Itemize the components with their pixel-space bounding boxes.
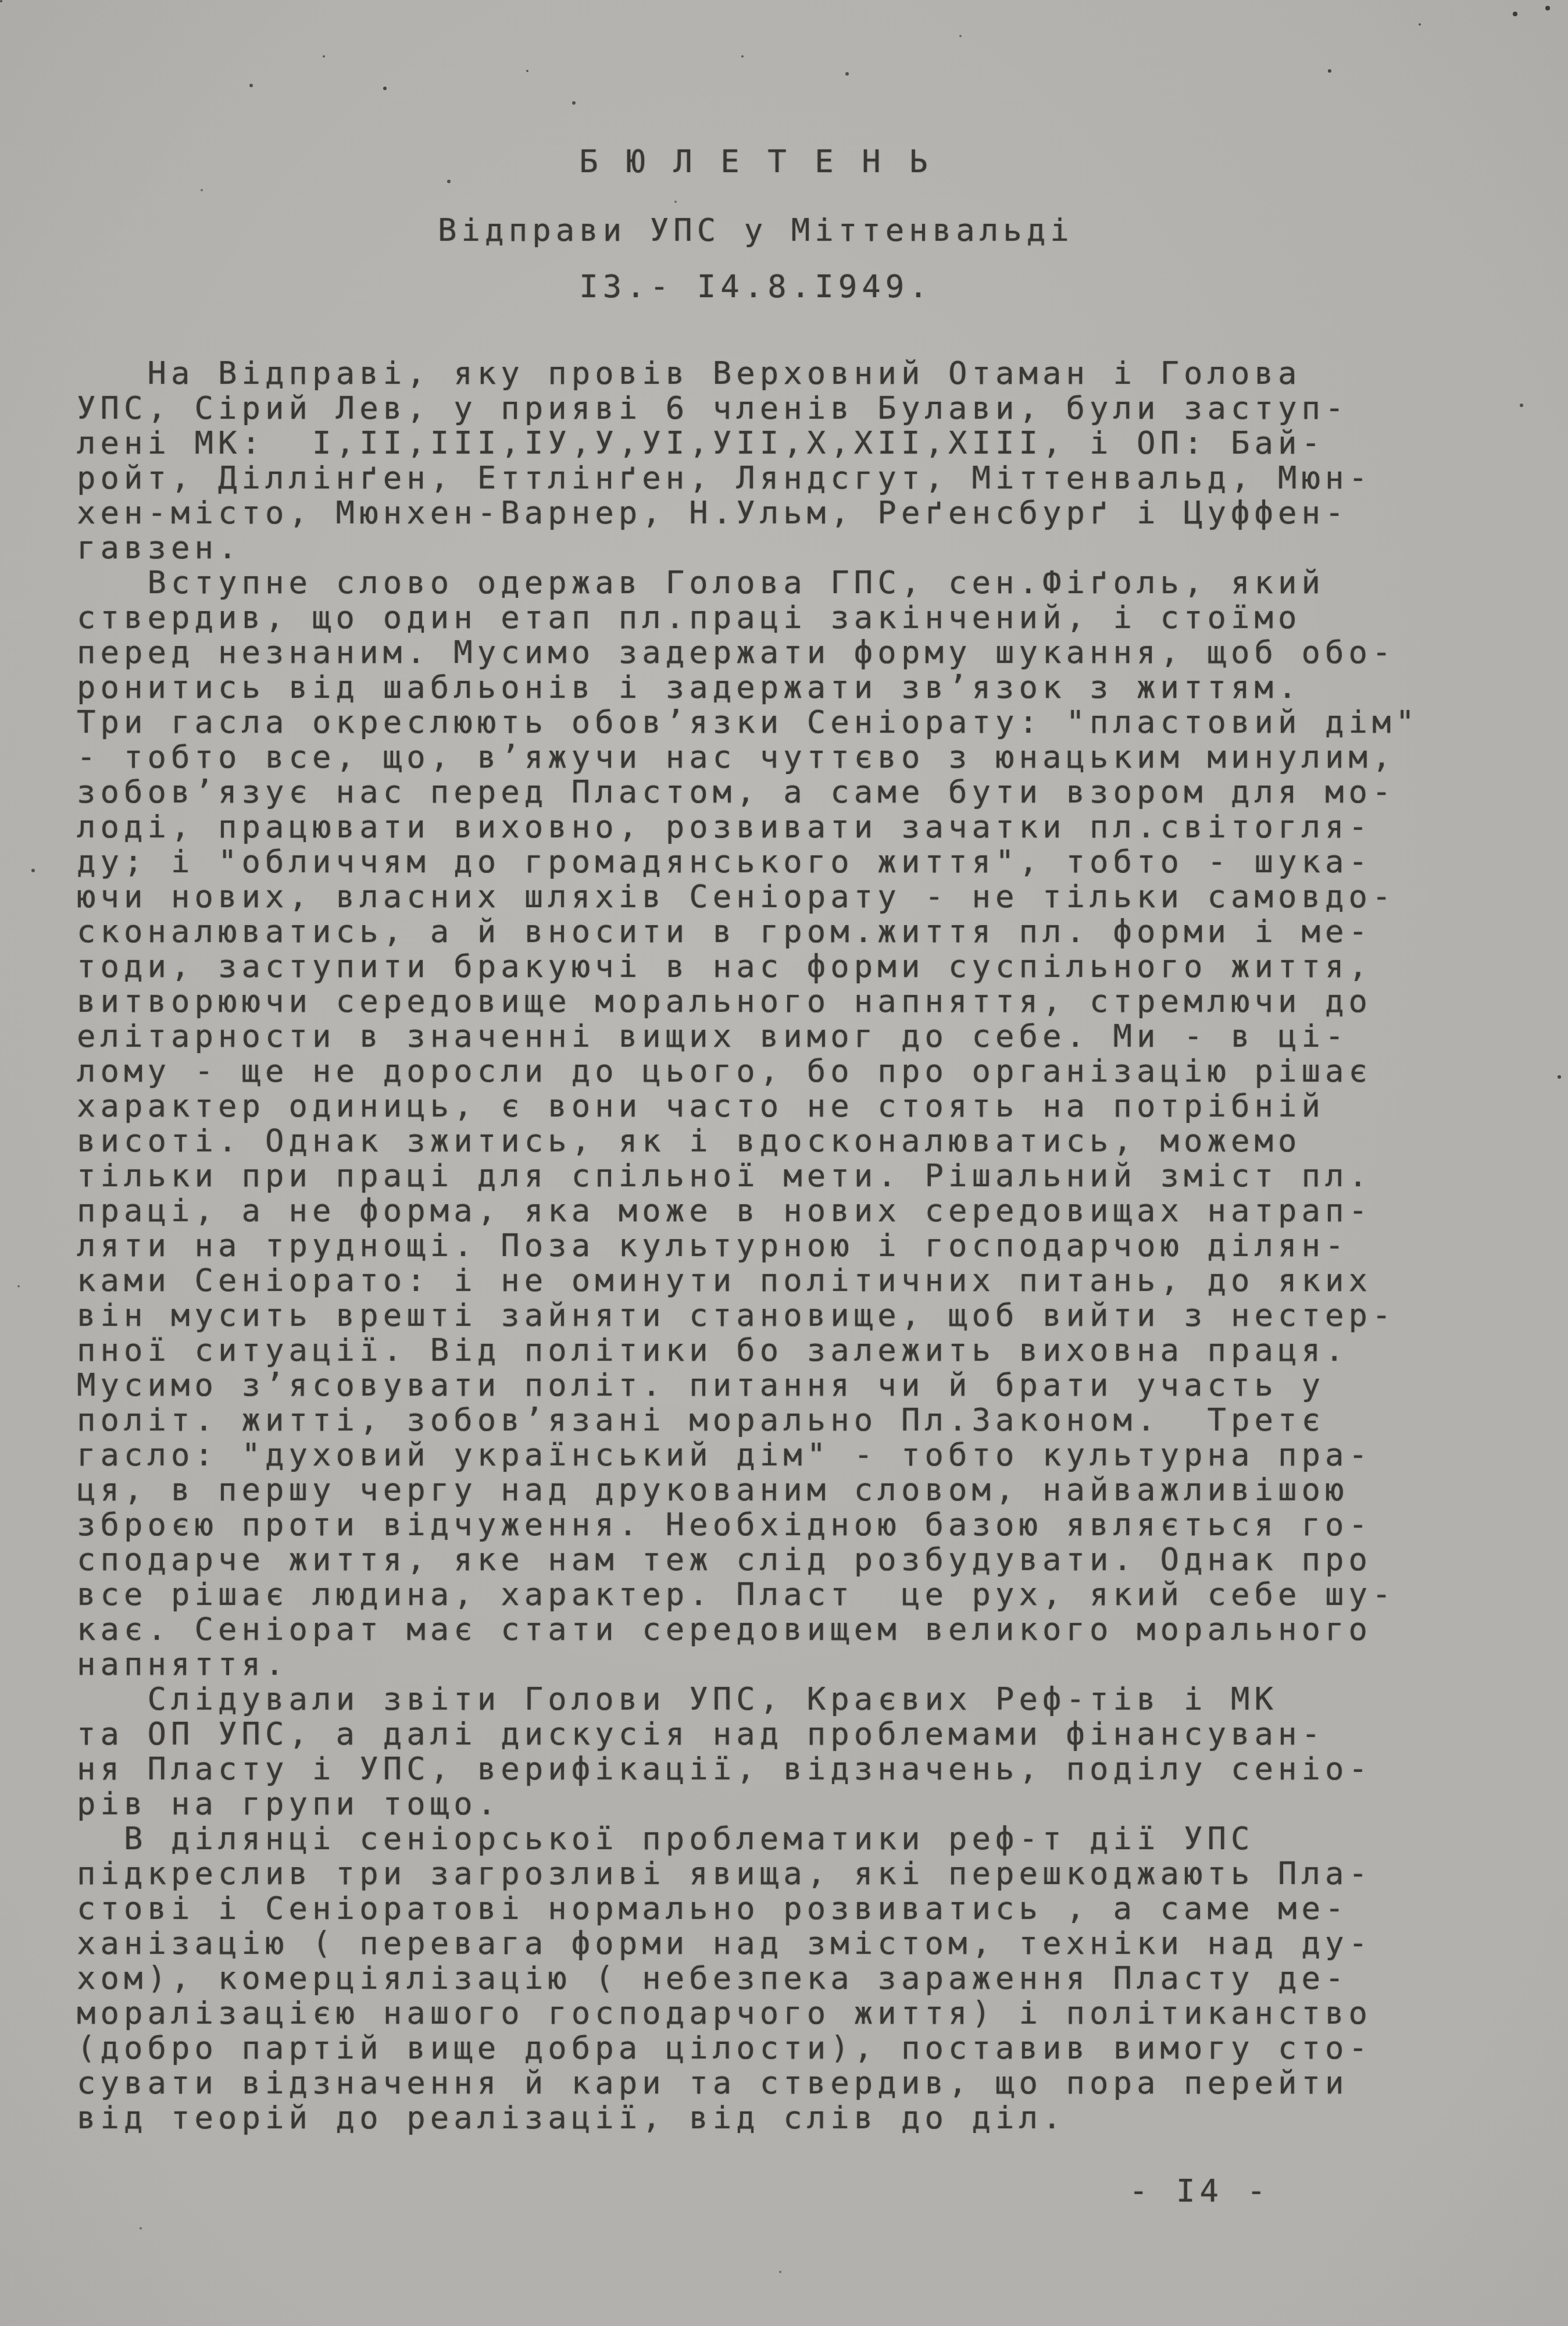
body-paragraph-3: Слідували звіти Голови УПС, Краєвих Реф-… xyxy=(77,1682,1513,1821)
scanned-bulletin-page: Б Ю Л Е Т Е Н Ь Відправи УПС у Міттенвал… xyxy=(0,0,1568,2326)
body-paragraph-2: Вступне слово одержав Голова ГПС, сен.Фі… xyxy=(77,565,1513,1682)
document-subtitle: Відправи УПС у Міттенвальді xyxy=(0,213,1512,248)
document-header: Б Ю Л Е Т Е Н Ь Відправи УПС у Міттенвал… xyxy=(0,144,1512,304)
body-paragraph-1: На Відправі, яку провів Верховний Отаман… xyxy=(77,356,1513,565)
page-number: - І4 - xyxy=(0,2174,1270,2209)
body-paragraph-4: В ділянці сеніорської проблематики реф-т… xyxy=(77,1821,1513,2135)
document-body: На Відправі, яку провів Верховний Отаман… xyxy=(77,356,1513,2135)
document-title: Б Ю Л Е Т Е Н Ь xyxy=(0,144,1512,179)
document-date: І3.- І4.8.І949. xyxy=(0,269,1512,304)
